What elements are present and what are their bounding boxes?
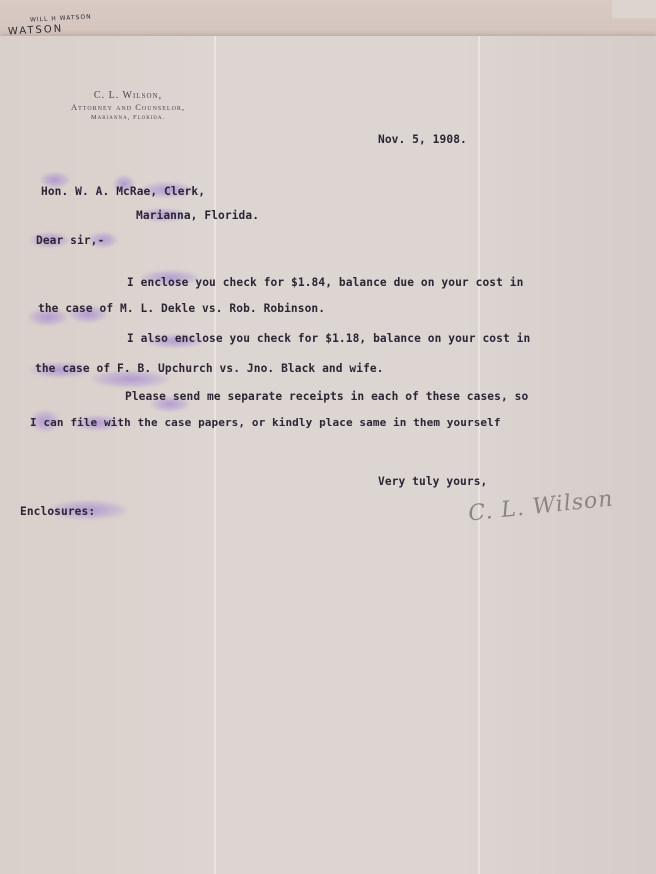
closing: Very tuly yours, <box>378 475 487 488</box>
underlying-sheet-corner <box>612 0 656 18</box>
paragraph-3-line-2: I can file with the case papers, or kind… <box>30 416 501 429</box>
letterhead-place: Marianna, Florida. <box>28 114 228 121</box>
enclosures-label: Enclosures: <box>20 505 95 518</box>
letterhead: C. L. Wilson, Attorney and Counselor, Ma… <box>28 90 228 121</box>
paper-fold-line <box>214 36 216 874</box>
letterhead-title: Attorney and Counselor, <box>28 102 228 112</box>
recipient-line-1: Hon. W. A. McRae, Clerk, <box>41 185 205 198</box>
paragraph-1-line-2: the case of M. L. Dekle vs. Rob. Robinso… <box>38 302 325 315</box>
letter-date: Nov. 5, 1908. <box>378 133 467 146</box>
letter-page <box>0 36 656 874</box>
salutation: Dear sir,- <box>36 234 104 247</box>
recipient-line-2: Marianna, Florida. <box>136 209 259 222</box>
paragraph-3-line-1: Please send me separate receipts in each… <box>125 390 528 403</box>
paper-fold-line <box>478 36 480 874</box>
underlying-sheet <box>0 0 656 40</box>
letterhead-name: C. L. Wilson, <box>28 90 228 101</box>
paragraph-2-line-2: the case of F. B. Upchurch vs. Jno. Blac… <box>35 362 384 375</box>
paragraph-2-line-1: I also enclose you check for $1.18, bala… <box>127 332 530 345</box>
paragraph-1-line-1: I enclose you check for $1.84, balance d… <box>127 276 523 289</box>
